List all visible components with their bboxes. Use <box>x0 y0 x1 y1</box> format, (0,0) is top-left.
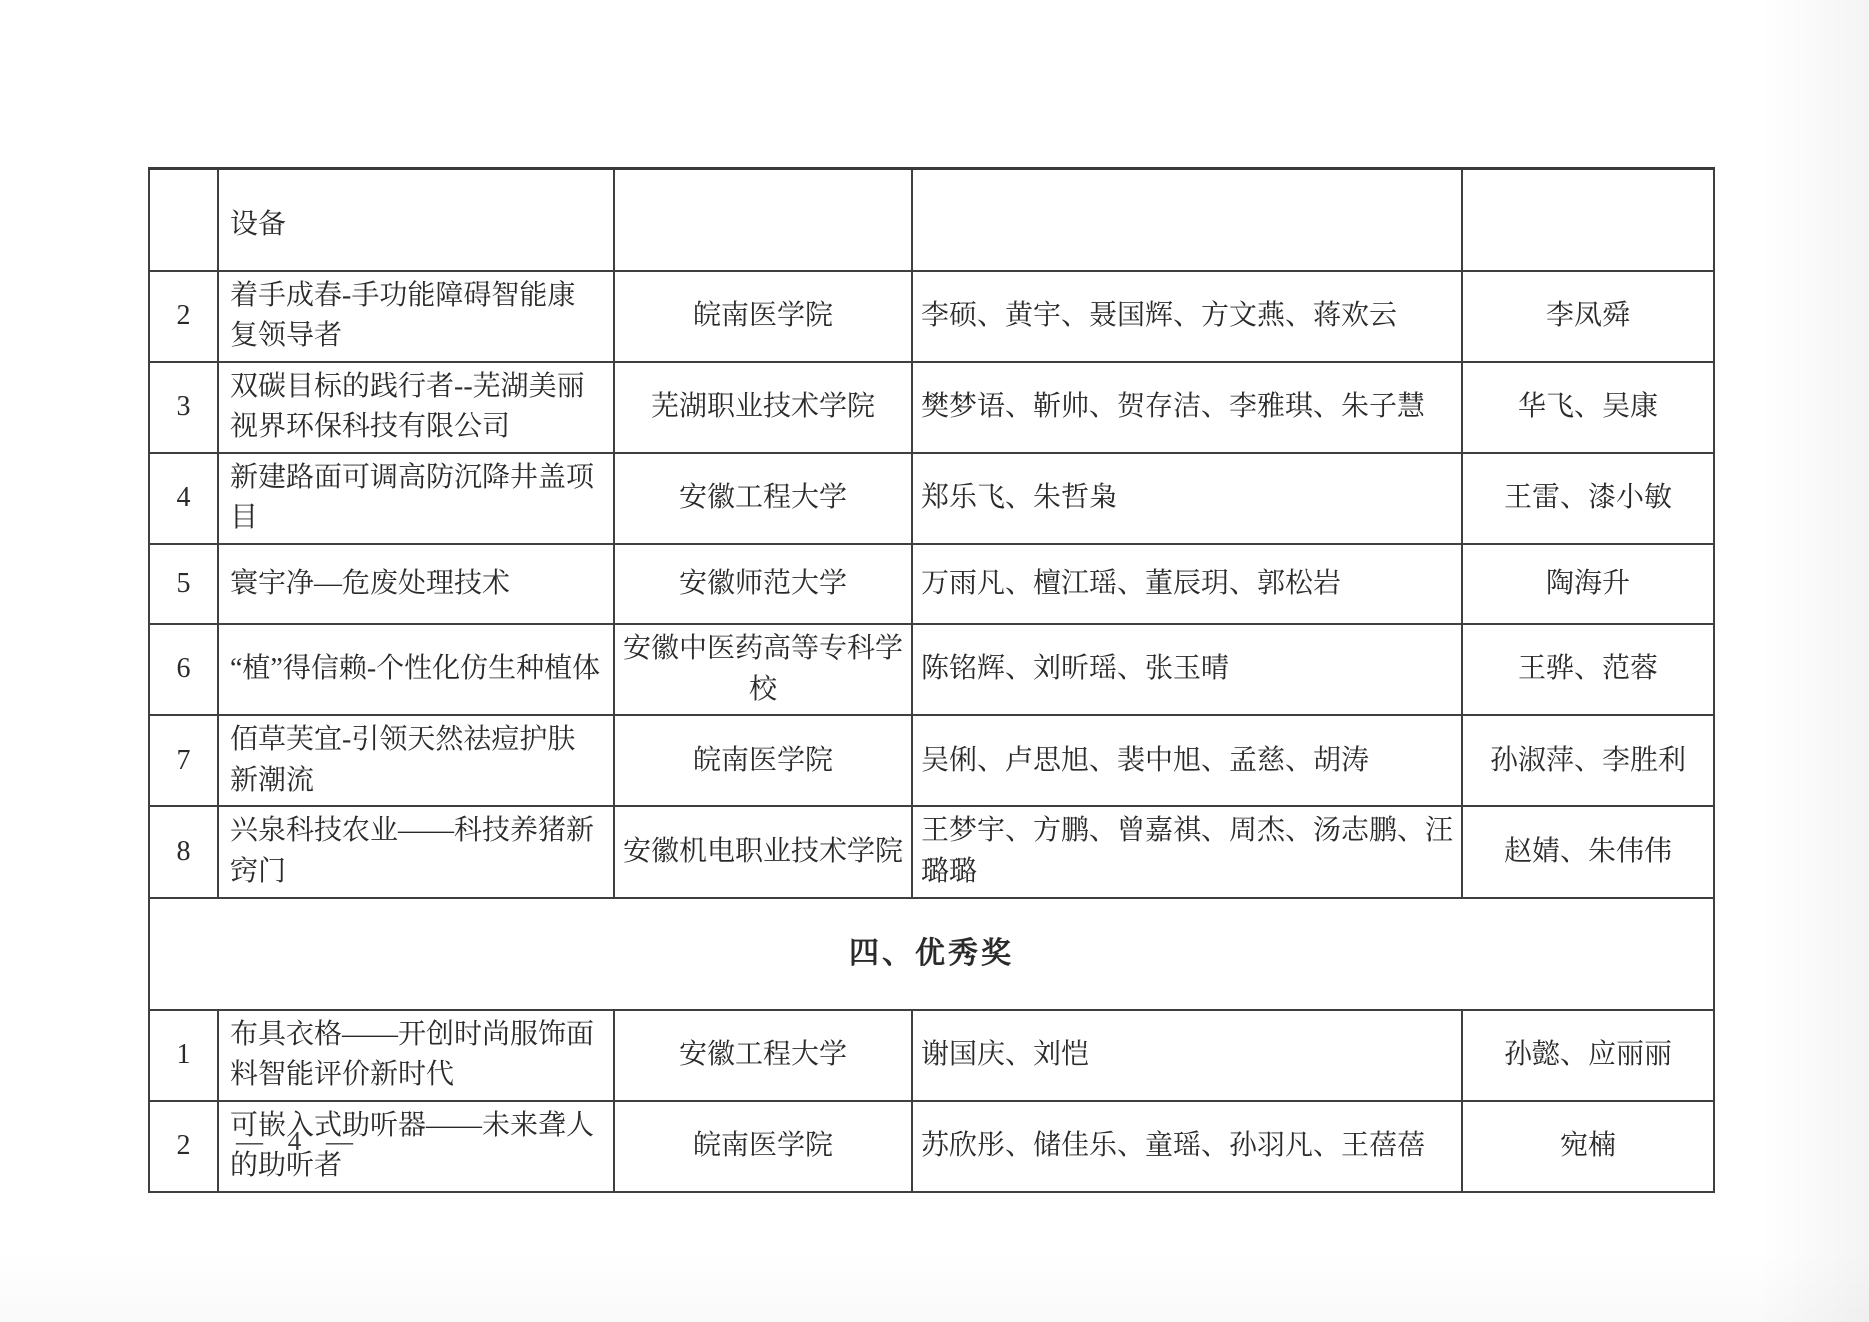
cell-advisors: 孙淑萍、李胜利 <box>1462 715 1714 806</box>
cell-no: 8 <box>149 806 218 897</box>
cell-members: 陈铭辉、刘昕瑶、张玉晴 <box>912 624 1462 715</box>
cell-no: 5 <box>149 544 218 624</box>
cell-school: 皖南医学院 <box>614 715 912 806</box>
cell-school: 芜湖职业技术学院 <box>614 362 912 453</box>
cell-no: 2 <box>149 271 218 362</box>
cell-school: 皖南医学院 <box>614 1101 912 1192</box>
cell-project: 布具衣格——开创时尚服饰面料智能评价新时代 <box>218 1010 614 1101</box>
cell-advisors: 王雷、漆小敏 <box>1462 453 1714 544</box>
cell-school: 安徽工程大学 <box>614 453 912 544</box>
cell-no: 6 <box>149 624 218 715</box>
cell-school <box>614 169 912 271</box>
cell-members: 谢国庆、刘恺 <box>912 1010 1462 1101</box>
cell-project: 双碳目标的践行者--芜湖美丽视界环保科技有限公司 <box>218 362 614 453</box>
document-page: 设备 2 着手成春-手功能障碍智能康复领导者 皖南医学院 李硕、黄宇、聂国辉、方… <box>0 0 1869 1322</box>
cell-school: 安徽工程大学 <box>614 1010 912 1101</box>
section-header: 四、优秀奖 <box>149 898 1714 1010</box>
cell-school: 皖南医学院 <box>614 271 912 362</box>
cell-school: 安徽中医药高等专科学校 <box>614 624 912 715</box>
table-row: 4 新建路面可调高防沉降井盖项目 安徽工程大学 郑乐飞、朱哲枭 王雷、漆小敏 <box>149 453 1714 544</box>
table-row: 1 布具衣格——开创时尚服饰面料智能评价新时代 安徽工程大学 谢国庆、刘恺 孙懿… <box>149 1010 1714 1101</box>
cell-project: “植”得信赖-个性化仿生种植体 <box>218 624 614 715</box>
table-row: 8 兴泉科技农业——科技养猪新窍门 安徽机电职业技术学院 王梦宇、方鹏、曾嘉祺、… <box>149 806 1714 897</box>
cell-project: 兴泉科技农业——科技养猪新窍门 <box>218 806 614 897</box>
cell-advisors: 孙懿、应丽丽 <box>1462 1010 1714 1101</box>
cell-project: 寰宇净—危废处理技术 <box>218 544 614 624</box>
cell-no: 4 <box>149 453 218 544</box>
cell-members <box>912 169 1462 271</box>
table-row: 7 佰草芙宜-引领天然祛痘护肤新潮流 皖南医学院 吴俐、卢思旭、裴中旭、孟慈、胡… <box>149 715 1714 806</box>
cell-advisors: 宛楠 <box>1462 1101 1714 1192</box>
cell-no: 3 <box>149 362 218 453</box>
cell-no: 2 <box>149 1101 218 1192</box>
table-row: 3 双碳目标的践行者--芜湖美丽视界环保科技有限公司 芜湖职业技术学院 樊梦语、… <box>149 362 1714 453</box>
scan-edge-shade-bottom <box>0 1252 1869 1322</box>
cell-members: 樊梦语、靳帅、贺存洁、李雅琪、朱子慧 <box>912 362 1462 453</box>
cell-members: 吴俐、卢思旭、裴中旭、孟慈、胡涛 <box>912 715 1462 806</box>
cell-school: 安徽机电职业技术学院 <box>614 806 912 897</box>
section-header-row: 四、优秀奖 <box>149 898 1714 1010</box>
table-row: 5 寰宇净—危废处理技术 安徽师范大学 万雨凡、檀江瑶、董辰玥、郭松岩 陶海升 <box>149 544 1714 624</box>
cell-project: 佰草芙宜-引领天然祛痘护肤新潮流 <box>218 715 614 806</box>
cell-no <box>149 169 218 271</box>
cell-project: 着手成春-手功能障碍智能康复领导者 <box>218 271 614 362</box>
cell-advisors: 赵婧、朱伟伟 <box>1462 806 1714 897</box>
cell-members: 李硕、黄宇、聂国辉、方文燕、蒋欢云 <box>912 271 1462 362</box>
cell-project: 新建路面可调高防沉降井盖项目 <box>218 453 614 544</box>
cell-school: 安徽师范大学 <box>614 544 912 624</box>
table-row: 6 “植”得信赖-个性化仿生种植体 安徽中医药高等专科学校 陈铭辉、刘昕瑶、张玉… <box>149 624 1714 715</box>
cell-advisors <box>1462 169 1714 271</box>
page-number: — 4 — <box>236 1126 355 1157</box>
cell-members: 王梦宇、方鹏、曾嘉祺、周杰、汤志鹏、汪璐璐 <box>912 806 1462 897</box>
cell-advisors: 陶海升 <box>1462 544 1714 624</box>
cell-members: 苏欣彤、储佳乐、童瑶、孙羽凡、王蓓蓓 <box>912 1101 1462 1192</box>
table-row: 2 可嵌入式助听器——未来聋人的助听者 皖南医学院 苏欣彤、储佳乐、童瑶、孙羽凡… <box>149 1101 1714 1192</box>
table-row: 2 着手成春-手功能障碍智能康复领导者 皖南医学院 李硕、黄宇、聂国辉、方文燕、… <box>149 271 1714 362</box>
award-table: 设备 2 着手成春-手功能障碍智能康复领导者 皖南医学院 李硕、黄宇、聂国辉、方… <box>148 167 1715 1193</box>
cell-no: 1 <box>149 1010 218 1101</box>
cell-advisors: 王骅、范蓉 <box>1462 624 1714 715</box>
cell-no: 7 <box>149 715 218 806</box>
cell-advisors: 华飞、吴康 <box>1462 362 1714 453</box>
cell-members: 万雨凡、檀江瑶、董辰玥、郭松岩 <box>912 544 1462 624</box>
cell-project: 设备 <box>218 169 614 271</box>
scan-edge-shade-right <box>1759 0 1869 1322</box>
table-row: 设备 <box>149 169 1714 271</box>
cell-members: 郑乐飞、朱哲枭 <box>912 453 1462 544</box>
cell-advisors: 李凤舜 <box>1462 271 1714 362</box>
